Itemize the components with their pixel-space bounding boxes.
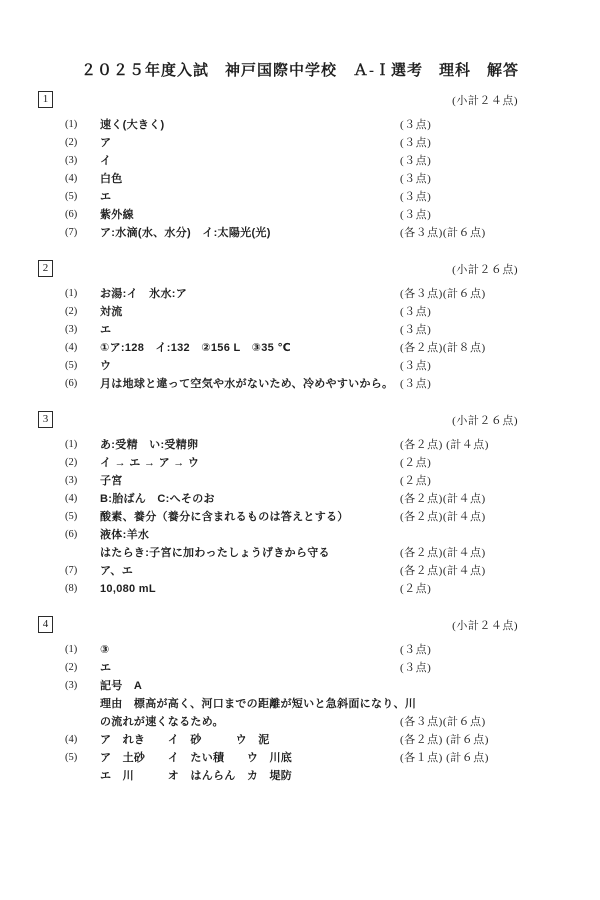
question-number: (8) [65,580,100,598]
section-number-box: 4 [38,616,53,633]
points-label: (３点) [400,206,431,224]
points-label: (３点) [400,357,431,375]
answer-row: エ 川 オ はんらん カ 堤防 [0,767,600,785]
points-label: (２点) [400,454,431,472]
answer-text: 白色 [100,170,400,188]
points-label: (各３点)(計６点) [400,285,486,303]
points-label: (３点) [400,321,431,339]
answer-text: イ → エ → ア → ウ [100,454,400,472]
answer-row: (5)ア 土砂 イ たい積 ウ 川底(各１点) (計６点) [0,749,600,767]
answer-row: (7)ア:水滴(水、水分) イ:太陽光(光)(各３点)(計６点) [0,224,600,242]
question-number: (1) [65,436,100,454]
page-title: ２０２５年度入試 神戸国際中学校 Ａ-Ｉ選考 理科 解答 [0,60,600,82]
points-label: (３点) [400,134,431,152]
answer-text: お湯:イ 氷水:ア [100,285,400,303]
question-number: (3) [65,677,100,695]
answer-row: (6)液体:羊水 [0,526,600,544]
answer-text: 速く(大きく) [100,116,400,134]
points-label: (各２点)(計４点) [400,562,486,580]
question-number: (2) [65,659,100,677]
answer-text: ア:水滴(水、水分) イ:太陽光(光) [100,224,400,242]
question-number: (4) [65,731,100,749]
points-label: (２点) [400,580,431,598]
points-label: (各３点)(計６点) [400,224,486,242]
question-number: (2) [65,454,100,472]
section-1: 1(小計２４点)(1)速く(大きく)(３点)(2)ア(３点)(3)イ(３点)(4… [0,91,600,242]
answer-row: (1)速く(大きく)(３点) [0,116,600,134]
answer-text: あ:受精 い:受精卵 [100,436,400,454]
section-header: 1(小計２４点) [0,91,600,108]
section-header: 3(小計２６点) [0,411,600,428]
section-header: 2(小計２６点) [0,260,600,277]
points-label: (３点) [400,170,431,188]
section-4: 4(小計２４点)(1)③(３点)(2)エ(３点)(3)記号 A理由 標高が高く、… [0,616,600,785]
question-number: (6) [65,526,100,544]
answer-row: はたらき:子宮に加わったしょうげきから守る(各２点)(計４点) [0,544,600,562]
answer-text: はたらき:子宮に加わったしょうげきから守る [100,544,400,562]
answer-row: (6)月は地球と違って空気や水がないため、冷めやすいから。(３点) [0,375,600,393]
question-number: (3) [65,321,100,339]
question-number: (5) [65,749,100,767]
answer-row: (1)お湯:イ 氷水:ア(各３点)(計６点) [0,285,600,303]
question-number: (1) [65,641,100,659]
answer-row: (4)①ア:128 イ:132 ②156 L ③35 ℃(各２点)(計８点) [0,339,600,357]
points-label: (各２点)(計８点) [400,339,486,357]
section-2: 2(小計２６点)(1)お湯:イ 氷水:ア(各３点)(計６点)(2)対流(３点)(… [0,260,600,393]
answer-text: エ [100,659,400,677]
points-label: (各２点)(計４点) [400,490,486,508]
points-label: (各３点)(計６点) [400,713,486,731]
answer-text: ア れき イ 砂 ウ 泥 [100,731,400,749]
answer-text: ③ [100,641,400,659]
question-number: (7) [65,224,100,242]
answer-row: (1)あ:受精 い:受精卵(各２点) (計４点) [0,436,600,454]
section-subtotal: (小計２６点) [452,412,518,428]
answer-text: ①ア:128 イ:132 ②156 L ③35 ℃ [100,339,400,357]
question-number [65,713,100,731]
answer-text: 液体:羊水 [100,526,400,544]
answer-text: 紫外線 [100,206,400,224]
answer-row: (5)ウ(３点) [0,357,600,375]
answer-row: の流れが速くなるため。(各３点)(計６点) [0,713,600,731]
section-rows: (1)③(３点)(2)エ(３点)(3)記号 A理由 標高が高く、河口までの距離が… [0,641,600,785]
question-number: (5) [65,357,100,375]
section-subtotal: (小計２４点) [452,617,518,633]
answer-row: (2)ア(３点) [0,134,600,152]
answer-row: (2)イ → エ → ア → ウ(２点) [0,454,600,472]
section-3: 3(小計２６点)(1)あ:受精 い:受精卵(各２点) (計４点)(2)イ → エ… [0,411,600,598]
answer-text: ア、エ [100,562,400,580]
answer-text: B:胎ばん C:へそのお [100,490,400,508]
answer-row: (4)B:胎ばん C:へそのお(各２点)(計４点) [0,490,600,508]
answer-text: の流れが速くなるため。 [100,713,400,731]
section-number-box: 2 [38,260,53,277]
question-number: (5) [65,508,100,526]
answer-text: 酸素、養分（養分に含まれるものは答えとする） [100,508,400,526]
points-label: (３点) [400,188,431,206]
question-number: (4) [65,170,100,188]
section-subtotal: (小計２６点) [452,261,518,277]
answer-text: ウ [100,357,400,375]
question-number: (3) [65,152,100,170]
answer-row: (3)エ(３点) [0,321,600,339]
points-label: (３点) [400,641,431,659]
answer-row: (4)ア れき イ 砂 ウ 泥(各２点) (計６点) [0,731,600,749]
question-number [65,695,100,713]
answer-row: (3)記号 A [0,677,600,695]
points-label: (各２点)(計４点) [400,544,486,562]
answer-row: 理由 標高が高く、河口までの距離が短いと急斜面になり、川 [0,695,600,713]
section-number-box: 3 [38,411,53,428]
answer-text: イ [100,152,400,170]
question-number: (7) [65,562,100,580]
answer-text: 理由 標高が高く、河口までの距離が短いと急斜面になり、川 [100,695,400,713]
section-number-box: 1 [38,91,53,108]
answer-row: (1)③(３点) [0,641,600,659]
answer-text: エ 川 オ はんらん カ 堤防 [100,767,400,785]
answer-row: (5)エ(３点) [0,188,600,206]
answer-row: (6)紫外線(３点) [0,206,600,224]
answer-text: 10,080 mL [100,580,400,598]
question-number [65,767,100,785]
points-label: (３点) [400,375,431,393]
section-rows: (1)お湯:イ 氷水:ア(各３点)(計６点)(2)対流(３点)(3)エ(３点)(… [0,285,600,393]
question-number: (5) [65,188,100,206]
section-header: 4(小計２４点) [0,616,600,633]
answer-row: (8)10,080 mL(２点) [0,580,600,598]
question-number: (6) [65,206,100,224]
question-number: (2) [65,303,100,321]
question-number: (4) [65,339,100,357]
question-number: (1) [65,116,100,134]
section-rows: (1)あ:受精 い:受精卵(各２点) (計４点)(2)イ → エ → ア → ウ… [0,436,600,598]
section-rows: (1)速く(大きく)(３点)(2)ア(３点)(3)イ(３点)(4)白色(３点)(… [0,116,600,242]
answer-text: 対流 [100,303,400,321]
answer-text: 記号 A [100,677,400,695]
points-label: (３点) [400,659,431,677]
section-subtotal: (小計２４点) [452,92,518,108]
points-label: (３点) [400,152,431,170]
points-label: (各２点) (計４点) [400,436,489,454]
question-number: (4) [65,490,100,508]
answer-row: (3)子宮(２点) [0,472,600,490]
points-label: (３点) [400,116,431,134]
sections-container: 1(小計２４点)(1)速く(大きく)(３点)(2)ア(３点)(3)イ(３点)(4… [0,91,600,785]
question-number: (6) [65,375,100,393]
answer-sheet-page: ２０２５年度入試 神戸国際中学校 Ａ-Ｉ選考 理科 解答 1(小計２４点)(1)… [0,0,600,900]
points-label: (各２点) (計６点) [400,731,489,749]
answer-row: (5)酸素、養分（養分に含まれるものは答えとする）(各２点)(計４点) [0,508,600,526]
points-label: (３点) [400,303,431,321]
answer-text: 子宮 [100,472,400,490]
points-label: (２点) [400,472,431,490]
answer-row: (2)対流(３点) [0,303,600,321]
question-number: (2) [65,134,100,152]
answer-row: (4)白色(３点) [0,170,600,188]
answer-row: (7)ア、エ(各２点)(計４点) [0,562,600,580]
answer-text: ア 土砂 イ たい積 ウ 川底 [100,749,400,767]
points-label: (各１点) (計６点) [400,749,489,767]
points-label: (各２点)(計４点) [400,508,486,526]
answer-text: 月は地球と違って空気や水がないため、冷めやすいから。 [100,375,400,393]
answer-row: (2)エ(３点) [0,659,600,677]
answer-text: エ [100,321,400,339]
question-number [65,544,100,562]
answer-row: (3)イ(３点) [0,152,600,170]
question-number: (3) [65,472,100,490]
answer-text: エ [100,188,400,206]
question-number: (1) [65,285,100,303]
answer-text: ア [100,134,400,152]
